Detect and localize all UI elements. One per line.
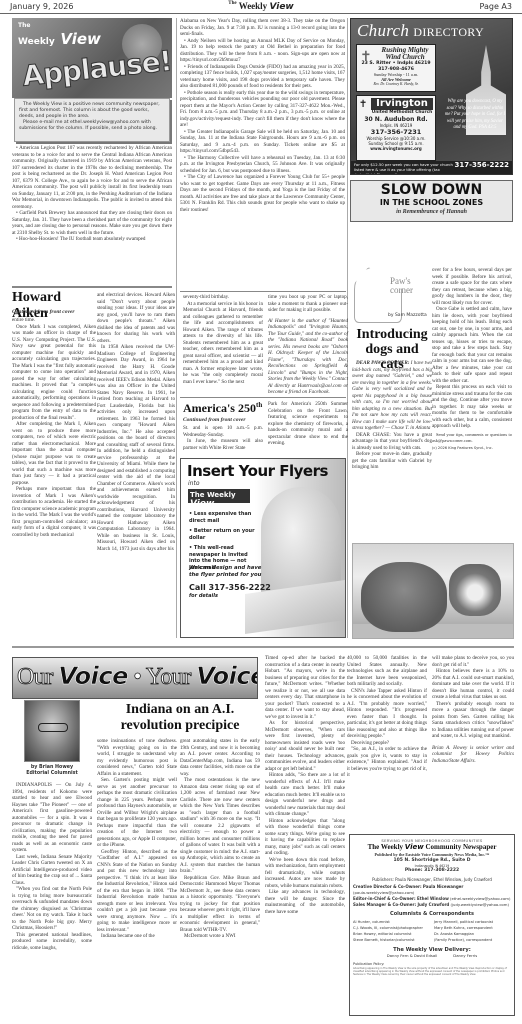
columnist-portrait — [24, 700, 80, 762]
applause-item: • Pothole season is really early this ye… — [180, 90, 345, 129]
masthead: The Weekly View — [0, 1, 522, 12]
applause-item: • Andy Neilsen will be hosting an Annual… — [180, 38, 345, 64]
paws-corner-column-2: over for a few hours, several days per w… — [432, 267, 512, 451]
section-divider — [180, 291, 346, 292]
applause-item: • Garfield Park Brewery has announced th… — [12, 210, 172, 236]
applause-title: Applause! — [21, 44, 172, 92]
byline: by Brian Howey Editorial Columnist — [12, 765, 92, 777]
publication-masthead-box: SERVING YOUR NEIGHBORHOOD COMMUNITIES Th… — [349, 834, 515, 1016]
editorial-column-1: INDIANAPOLIS — On July 4, 1894, resident… — [12, 782, 92, 951]
applause-logo: The Weekly View — [18, 22, 101, 48]
list-item: • Less expensive than direct mail — [189, 511, 259, 524]
church-directory-title: Church DIRECTORY — [357, 21, 484, 41]
applause-item: • The City of Lawrence has organized a F… — [180, 174, 345, 213]
editorial-column-6: will make plans to deceive you, so you d… — [432, 655, 514, 764]
america-250-column-1: St. and is open 10 a.m.-5 p.m. Wednesday… — [183, 425, 263, 451]
irvington-umc-listing[interactable]: ✝ Irvington United Methodist Church 30 N… — [356, 95, 436, 161]
insert-flyers-ad[interactable]: Insert Your Flyers into The Weekly View … — [180, 458, 346, 638]
howard-aiken-column-2: and electrical devices. Howard Aiken sai… — [97, 292, 175, 552]
howard-aiken-column-1: entire time. Once Mark I was completed, … — [12, 317, 96, 538]
editorial-column-4: Timed op-ed after he backed the construc… — [265, 655, 345, 915]
church-directory: Church DIRECTORY ✝ Rushing Mighty Wind C… — [350, 18, 513, 175]
applause-item: • The Greater Indianapolis Garage Sale w… — [180, 129, 345, 155]
continued-note: Continued from front cover — [183, 417, 246, 423]
slow-down-notice: SLOW DOWN IN THE SCHOOL ZONES in Remembr… — [350, 180, 513, 222]
page-header: January 9, 2026 The Weekly View Page A3 — [0, 0, 522, 14]
ad-headline: Insert Your Flyers — [187, 462, 328, 480]
column-divider — [176, 18, 177, 638]
list-item: • Better return on your dollar — [189, 528, 259, 541]
ad-phone[interactable]: Call 317-356-2222 — [189, 583, 271, 592]
editorial-column-3: great automaking states in the early 19t… — [180, 738, 260, 940]
publication-name: The Weekly View Community Newspaper — [353, 843, 511, 852]
dog-photo — [361, 562, 447, 632]
america-250-column-2: Park for America's 250th Summer Celebrat… — [268, 401, 348, 447]
applause-item: • The Harmony Collective will have a reh… — [180, 155, 345, 175]
cat-photo — [449, 564, 501, 616]
howard-aiken-column-4: time you boot up your PC or laptop, take… — [268, 294, 348, 396]
continued-note: Continued from front cover — [12, 309, 98, 315]
applause-item: • Friends of Indianapolis Dogs Outside (… — [180, 64, 345, 90]
applause-item: • American Legion Post 107 was recently … — [12, 145, 172, 210]
editorial-headline: Indiana on an A.I. revolution precipice — [100, 702, 260, 734]
glasses-icon — [38, 723, 68, 732]
paws-corner-logo: Paw's corner by Sam Mazzotta — [352, 265, 430, 325]
page-number: Page A3 — [480, 2, 512, 11]
applause-column-1: • American Legion Post 107 was recently … — [12, 145, 172, 243]
staff-roles: Creative Director & Co-Owner: Paula Nice… — [353, 884, 511, 908]
flame-cross-icon: ✝ — [359, 99, 367, 110]
editorial-column-2: some insinuations of tone deafness. "Wit… — [97, 738, 177, 940]
delivery-list: Danny Fern & David Edsall Danny Ferris — [353, 953, 511, 959]
applause-item: Alabama on New Year's Day, rolling them … — [180, 18, 345, 38]
author-bio: Brian A. Howey is senior writer and colu… — [432, 745, 514, 765]
cross-icon: ✝ — [360, 49, 372, 66]
america-250-headline: America's 250th — [183, 401, 262, 416]
author-bio: Al Hunter is the author of "Haunted Indi… — [268, 318, 348, 396]
editorial-column-5: 40,000 to 50,000 fatalities in the Unite… — [347, 655, 427, 779]
bible-verse: Why are you downcast, O my soul? Why so … — [443, 99, 507, 132]
section-divider — [12, 646, 514, 648]
weekly-view-logo: The Weekly View — [188, 489, 250, 503]
applause-column-2: Alabama on New Year's Day, rolling them … — [180, 18, 345, 213]
applause-banner: The Weekly View Applause! — [12, 18, 172, 98]
our-voice-your-voice-banner: Our Voice • Your Voice — [12, 657, 258, 699]
applause-item: • Hoo-hoo-Hoosiers! The IU football team… — [12, 236, 172, 243]
applause-info-box: The Weekly View is a positive news commu… — [14, 98, 170, 142]
columnists-list: Al Hunter, columnist Jerry Mannell, poli… — [353, 919, 511, 943]
dog-and-cat-photo — [352, 543, 514, 639]
church-listing-offer: For only $12.50 per week you can have yo… — [351, 161, 512, 174]
section-divider — [12, 286, 172, 288]
rushing-mighty-wind-listing[interactable]: ✝ Rushing Mighty Wind Church 23 S. Ritte… — [356, 44, 436, 92]
paws-corner-column-1: DEAR PAW'S CORNER: I have two laid-back … — [352, 360, 432, 471]
howard-aiken-column-3: seventy-third birthday. At a memorial se… — [183, 294, 263, 385]
